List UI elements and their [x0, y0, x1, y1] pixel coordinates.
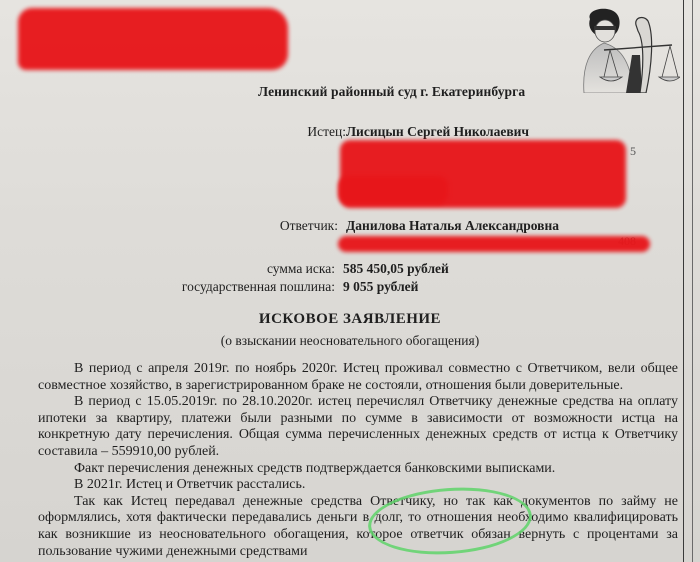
state-fee-value: 9 055 рублей	[343, 279, 418, 294]
document-title: ИСКОВОЕ ЗАЯВЛЕНИЕ	[0, 311, 700, 328]
paragraph: В 2021г. Истец и Ответчик расстались.	[38, 477, 678, 494]
paragraph: В период с апреля 2019г. по ноябрь 2020г…	[38, 361, 678, 394]
redaction-mark	[338, 236, 650, 252]
lady-justice-icon	[556, 5, 680, 93]
redaction-mark	[338, 176, 448, 204]
defendant-name: Данилова Наталья Александровна	[346, 218, 559, 234]
state-fee-label: государственная пошлина:	[160, 279, 335, 295]
plaintiff-name: Лисицын Сергей Николаевич	[346, 124, 529, 140]
claim-amount-row: сумма иска:585 450,05 рублей	[160, 261, 449, 277]
claim-amount-value: 585 450,05 рублей	[343, 261, 449, 276]
state-fee-row: государственная пошлина:9 055 рублей	[160, 279, 418, 295]
court-name: Ленинский районный суд г. Екатеринбурга	[258, 84, 525, 100]
claim-amount-label: сумма иска:	[160, 261, 335, 277]
document-body: В период с апреля 2019г. по ноябрь 2020г…	[38, 361, 678, 560]
plaintiff-address-fragment: 5	[630, 144, 636, 159]
paragraph: Факт перечисления денежных средств подтв…	[38, 461, 678, 478]
redaction-mark	[18, 8, 288, 70]
page-edge-line	[692, 0, 693, 562]
paragraph: Так как Истец передавал денежные средств…	[38, 494, 678, 560]
paragraph: В период с 15.05.2019г. по 28.10.2020г. …	[38, 394, 678, 460]
plaintiff-label: Истец:	[290, 124, 346, 140]
page-edge-line	[683, 0, 684, 562]
defendant-label: Ответчик:	[258, 218, 338, 234]
document-subtitle: (о взыскании неосновательного обогащения…	[0, 333, 700, 349]
